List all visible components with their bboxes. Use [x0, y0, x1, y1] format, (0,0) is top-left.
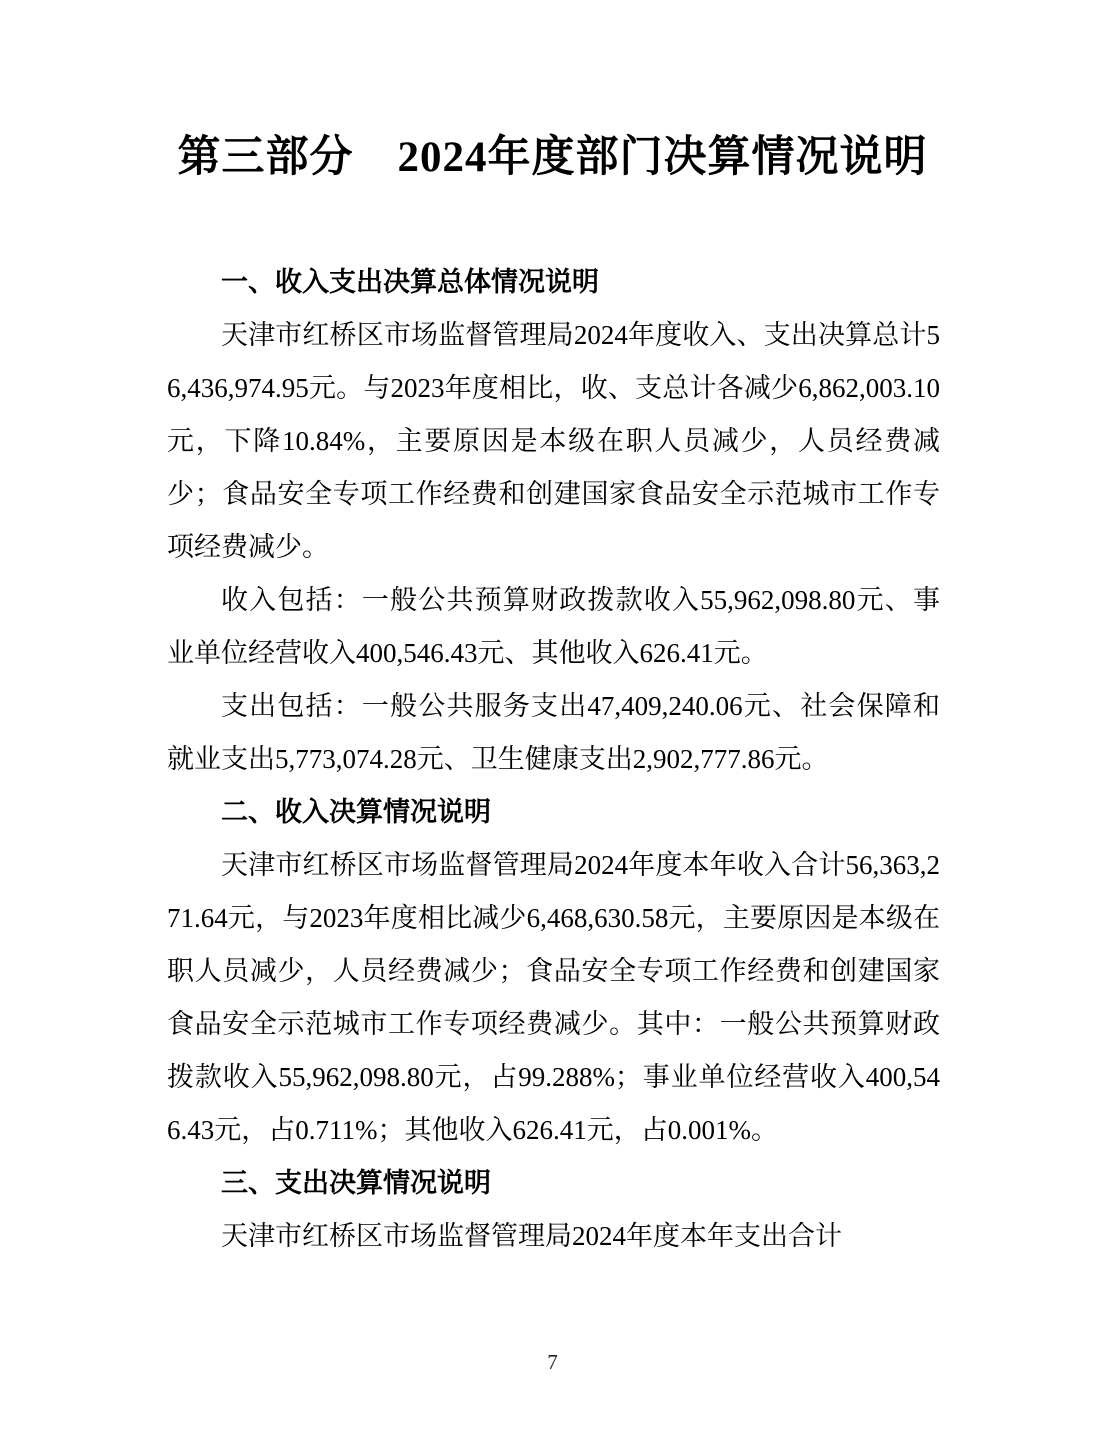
section-income-statement: 二、收入决算情况说明 天津市红桥区市场监督管理局2024年度本年收入合计56,3… — [167, 786, 940, 1157]
section-3-paragraph-1: 天津市红桥区市场监督管理局2024年度本年支出合计 — [167, 1210, 940, 1263]
section-1-paragraph-3: 支出包括：一般公共服务支出47,409,240.06元、社会保障和就业支出5,7… — [167, 680, 940, 786]
section-1-heading: 一、收入支出决算总体情况说明 — [167, 256, 940, 309]
page-title: 第三部分 2024年度部门决算情况说明 — [0, 0, 1105, 186]
section-income-expenditure-overview: 一、收入支出决算总体情况说明 天津市红桥区市场监督管理局2024年度收入、支出决… — [167, 256, 940, 786]
section-2-heading: 二、收入决算情况说明 — [167, 786, 940, 839]
section-1-paragraph-2: 收入包括：一般公共预算财政拨款收入55,962,098.80元、事业单位经营收入… — [167, 574, 940, 680]
document-page: 第三部分 2024年度部门决算情况说明 一、收入支出决算总体情况说明 天津市红桥… — [0, 0, 1105, 1430]
section-3-heading: 三、支出决算情况说明 — [167, 1157, 940, 1210]
page-number: 7 — [0, 1350, 1105, 1374]
section-1-paragraph-1: 天津市红桥区市场监督管理局2024年度收入、支出决算总计56,436,974.9… — [167, 309, 940, 574]
section-expenditure-statement: 三、支出决算情况说明 天津市红桥区市场监督管理局2024年度本年支出合计 — [167, 1157, 940, 1263]
section-2-paragraph-1: 天津市红桥区市场监督管理局2024年度本年收入合计56,363,271.64元，… — [167, 839, 940, 1157]
document-body: 一、收入支出决算总体情况说明 天津市红桥区市场监督管理局2024年度收入、支出决… — [167, 256, 940, 1263]
